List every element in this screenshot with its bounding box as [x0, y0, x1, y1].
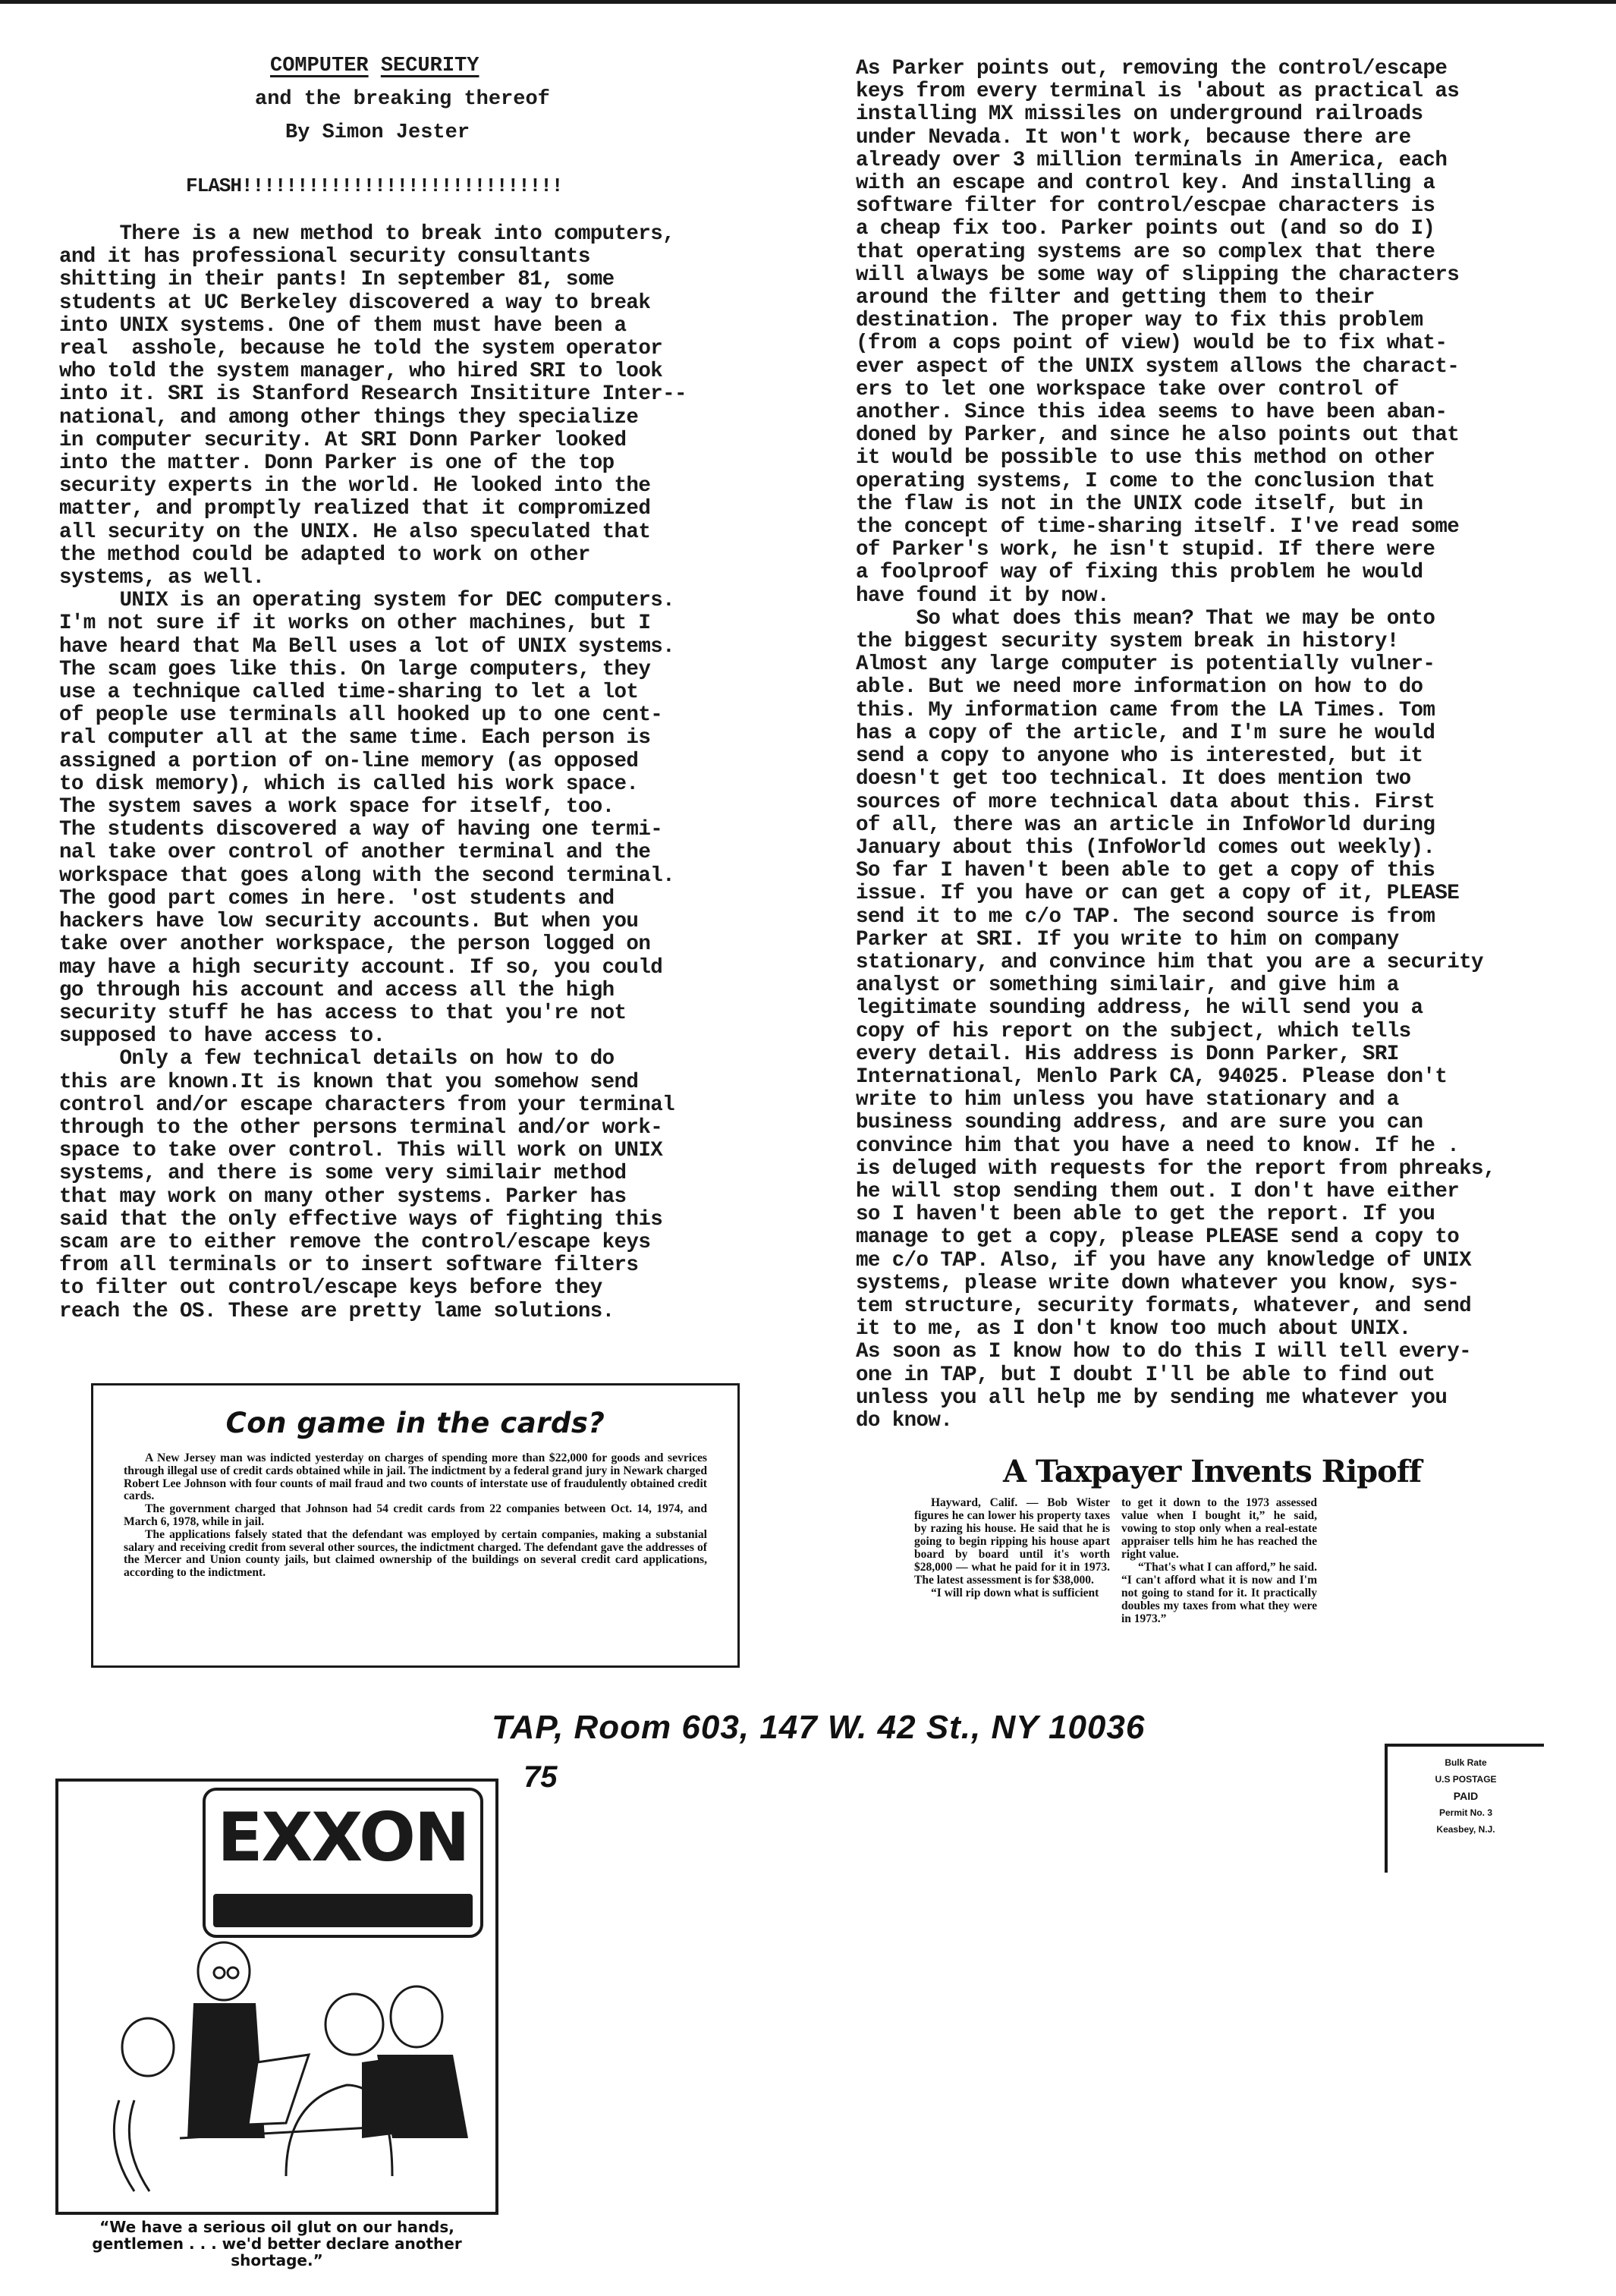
text-line: So far I haven't been able to get a copy… — [856, 860, 1495, 882]
text-line: security stuff he has access to that you… — [59, 1002, 687, 1025]
text-line: into the matter. Donn Parker is one of t… — [59, 452, 687, 475]
postage-paid: PAID — [1388, 1788, 1544, 1804]
text-line: who told the system manager, who hired S… — [59, 360, 687, 383]
text-line: ers to let one workspace take over contr… — [856, 379, 1495, 401]
text-line: under Nevada. It won't work, because the… — [856, 127, 1495, 149]
text-line: the biggest security system break in his… — [856, 631, 1495, 653]
text-line: So what does this mean? That we may be o… — [856, 608, 1495, 631]
text-line: unless you all help me by sending me wha… — [856, 1387, 1495, 1410]
text-line: of people use terminals all hooked up to… — [59, 704, 687, 727]
text-line: ever aspect of the UNIX system allows th… — [856, 356, 1495, 379]
text-line: nal take over control of another termina… — [59, 841, 687, 864]
text-line: in computer security. At SRI Donn Parker… — [59, 429, 687, 452]
text-line: another. Since this idea seems to have b… — [856, 401, 1495, 424]
text-line: issue. If you have or can get a copy of … — [856, 882, 1495, 905]
text-line: Almost any large computer is potentially… — [856, 653, 1495, 676]
text-line: doesn't get too technical. It does menti… — [856, 768, 1495, 791]
text-line: has a copy of the article, and I'm sure … — [856, 722, 1495, 745]
paragraph: Hayward, Calif. — Bob Wister figures he … — [914, 1496, 1110, 1587]
text-line: assigned a portion of on-line memory (as… — [59, 750, 687, 773]
text-line: send a copy to anyone who is interested,… — [856, 745, 1495, 768]
postage-permit: Permit No. 3 — [1388, 1804, 1544, 1821]
text-line: real asshole, because he told the system… — [59, 338, 687, 360]
text-line: tem structure, security formats, whateve… — [856, 1295, 1495, 1318]
text-line: shitting in their pants! In september 81… — [59, 269, 687, 291]
text-line: he will stop sending them out. I don't h… — [856, 1181, 1495, 1203]
text-line: analyst or something similair, and give … — [856, 974, 1495, 997]
text-line: it to me, as I don't know too much about… — [856, 1318, 1495, 1341]
text-line: systems, as well. — [59, 567, 687, 590]
text-line: and it has professional security consult… — [59, 246, 687, 269]
text-line: said that the only effective ways of fig… — [59, 1209, 687, 1231]
article-title: COMPUTER SECURITY — [270, 55, 479, 77]
issue-number: 75 — [523, 1760, 558, 1794]
text-line: able. But we need more information on ho… — [856, 676, 1495, 699]
text-line: matter, and promptly realized that it co… — [59, 498, 687, 521]
clipping-taxpayer-left-column: Hayward, Calif. — Bob Wister figures he … — [914, 1496, 1110, 1599]
text-line: do know. — [856, 1410, 1495, 1433]
text-line: of all, there was an article in InfoWorl… — [856, 814, 1495, 837]
text-line: the flaw is not in the UNIX code itself,… — [856, 493, 1495, 516]
flash-banner: FLASH!!!!!!!!!!!!!!!!!!!!!!!!!!!!! — [186, 175, 563, 197]
text-line: it would be possible to use this method … — [856, 447, 1495, 470]
text-line: destination. The proper way to fix this … — [856, 310, 1495, 332]
text-line: UNIX is an operating system for DEC comp… — [59, 590, 687, 612]
postage-us-postage: U.S POSTAGE — [1388, 1771, 1544, 1788]
text-line: I'm not sure if it works on other machin… — [59, 612, 687, 635]
text-line: (from a cops point of view) would be to … — [856, 332, 1495, 355]
text-line: every detail. His address is Donn Parker… — [856, 1043, 1495, 1066]
clipping-taxpayer-right-column: to get it down to the 1973 assessed valu… — [1121, 1496, 1317, 1625]
text-line: hackers have low security accounts. But … — [59, 911, 687, 933]
article-byline: By Simon Jester — [285, 121, 470, 144]
text-line: Only a few technical details on how to d… — [59, 1048, 687, 1071]
text-line: so I haven't been able to get the report… — [856, 1203, 1495, 1226]
text-line: The students discovered a way of having … — [59, 819, 687, 841]
text-line: convince him that you have a need to kno… — [856, 1135, 1495, 1158]
clipping-taxpayer-title: A Taxpayer Invents Ripoff — [1003, 1454, 1421, 1489]
text-line: Parker at SRI. If you write to him on co… — [856, 929, 1495, 951]
text-line: send it to me c/o TAP. The second source… — [856, 906, 1495, 929]
title-word-security: SECURITY — [381, 55, 479, 77]
text-line: January about this (InfoWorld comes out … — [856, 837, 1495, 860]
text-line: software filter for control/escpae chara… — [856, 195, 1495, 218]
text-line: copy of his report on the subject, which… — [856, 1021, 1495, 1043]
text-line: have heard that Ma Bell uses a lot of UN… — [59, 636, 687, 659]
text-line: manage to get a copy, please PLEASE send… — [856, 1226, 1495, 1249]
text-line: security experts in the world. He looked… — [59, 475, 687, 498]
text-line: supposed to have access to. — [59, 1025, 687, 1048]
text-line: ral computer all at the same time. Each … — [59, 727, 687, 750]
text-line: systems, please write down whatever you … — [856, 1272, 1495, 1295]
text-line: doned by Parker, and since he also point… — [856, 424, 1495, 447]
text-line: national, and among other things they sp… — [59, 407, 687, 429]
paper-sheet-icon — [248, 2055, 309, 2125]
title-word-computer: COMPUTER — [270, 55, 369, 77]
text-line: stationary, and convince him that you ar… — [856, 951, 1495, 974]
paragraph: “I will rip down what is sufficient — [914, 1587, 1110, 1599]
text-line: is deluged with requests for the report … — [856, 1158, 1495, 1181]
text-line: to filter out control/escape keys before… — [59, 1277, 687, 1300]
paragraph: The applications falsely stated that the… — [124, 1529, 707, 1580]
text-line: already over 3 million terminals in Amer… — [856, 149, 1495, 172]
text-line: of Parker's work, he isn't stupid. If th… — [856, 539, 1495, 561]
text-line: keys from every terminal is 'about as pr… — [856, 80, 1495, 103]
article-right-column: As Parker points out, removing the contr… — [856, 58, 1495, 1433]
text-line: this are known.It is known that you some… — [59, 1071, 687, 1094]
boardroom-illustration — [58, 1782, 495, 2212]
text-line: write to him unless you have stationary … — [856, 1089, 1495, 1112]
text-line: control and/or escape characters from yo… — [59, 1094, 687, 1117]
text-line: use a technique called time-sharing to l… — [59, 681, 687, 704]
page-top-border — [0, 0, 1616, 4]
text-line: reach the OS. These are pretty lame solu… — [59, 1301, 687, 1323]
tap-address: TAP, Room 603, 147 W. 42 St., NY 10036 — [492, 1709, 1145, 1747]
text-line: a foolproof way of fixing this problem h… — [856, 561, 1495, 584]
text-line: As Parker points out, removing the contr… — [856, 58, 1495, 80]
clipping-con-game-body: A New Jersey man was indicted yesterday … — [124, 1452, 707, 1580]
paragraph: The government charged that Johnson had … — [124, 1503, 707, 1529]
postage-bulk-rate: Bulk Rate — [1388, 1754, 1544, 1771]
text-line: There is a new method to break into comp… — [59, 223, 687, 246]
cartoon-caption: “We have a serious oil glut on our hands… — [55, 2219, 498, 2269]
postage-indicia: Bulk Rate U.S POSTAGE PAID Permit No. 3 … — [1385, 1744, 1544, 1873]
exxon-cartoon: EXXON — [55, 1779, 498, 2215]
text-line: will always be some way of slipping the … — [856, 264, 1495, 287]
article-subtitle: and the breaking thereof — [255, 88, 550, 111]
text-line: that operating systems are so complex th… — [856, 241, 1495, 264]
text-line: one in TAP, but I doubt I'll be able to … — [856, 1364, 1495, 1387]
text-line: The good part comes in here. 'ost studen… — [59, 888, 687, 911]
article-left-column: There is a new method to break into comp… — [59, 223, 687, 1323]
text-line: into it. SRI is Stanford Research Insiti… — [59, 383, 687, 406]
text-line: around the filter and getting them to th… — [856, 287, 1495, 310]
text-line: take over another workspace, the person … — [59, 933, 687, 956]
text-line: have found it by now. — [856, 585, 1495, 608]
text-line: The system saves a work space for itself… — [59, 796, 687, 819]
text-line: me c/o TAP. Also, if you have any knowle… — [856, 1250, 1495, 1272]
text-line: space to take over control. This will wo… — [59, 1140, 687, 1162]
text-line: legitimate sounding address, he will sen… — [856, 997, 1495, 1020]
text-line: students at UC Berkeley discovered a way… — [59, 292, 687, 315]
text-line: As soon as I know how to do this I will … — [856, 1341, 1495, 1363]
paragraph: “That's what I can afford,” he said. “I … — [1121, 1561, 1317, 1625]
postage-location: Keasbey, N.J. — [1388, 1821, 1544, 1838]
text-line: through to the other persons terminal an… — [59, 1117, 687, 1140]
text-line: the concept of time-sharing itself. I've… — [856, 516, 1495, 539]
text-line: sources of more technical data about thi… — [856, 791, 1495, 814]
text-line: operating systems, I come to the conclus… — [856, 470, 1495, 493]
text-line: business sounding address, and are sure … — [856, 1112, 1495, 1134]
text-line: may have a high security account. If so,… — [59, 957, 687, 980]
text-line: this. My information came from the LA Ti… — [856, 700, 1495, 722]
text-line: installing MX missiles on underground ra… — [856, 103, 1495, 126]
clipping-con-game: Con game in the cards? A New Jersey man … — [91, 1383, 740, 1668]
text-line: scam are to either remove the control/es… — [59, 1231, 687, 1254]
text-line: systems, and there is some very similair… — [59, 1162, 687, 1185]
paragraph: to get it down to the 1973 assessed valu… — [1121, 1496, 1317, 1561]
text-line: into UNIX systems. One of them must have… — [59, 315, 687, 338]
text-line: a cheap fix too. Parker points out (and … — [856, 218, 1495, 241]
text-line: the method could be adapted to work on o… — [59, 544, 687, 567]
paragraph: A New Jersey man was indicted yesterday … — [124, 1452, 707, 1503]
text-line: The scam goes like this. On large comput… — [59, 659, 687, 681]
text-line: go through his account and access all th… — [59, 980, 687, 1002]
clipping-con-game-title: Con game in the cards? — [93, 1407, 737, 1439]
text-line: to disk memory), which is called his wor… — [59, 773, 687, 796]
text-line: from all terminals or to insert software… — [59, 1254, 687, 1277]
text-line: International, Menlo Park CA, 94025. Ple… — [856, 1066, 1495, 1089]
text-line: that may work on many other systems. Par… — [59, 1186, 687, 1209]
text-line: workspace that goes along with the secon… — [59, 865, 687, 888]
text-line: all security on the UNIX. He also specul… — [59, 521, 687, 544]
text-line: with an escape and control key. And inst… — [856, 172, 1495, 195]
